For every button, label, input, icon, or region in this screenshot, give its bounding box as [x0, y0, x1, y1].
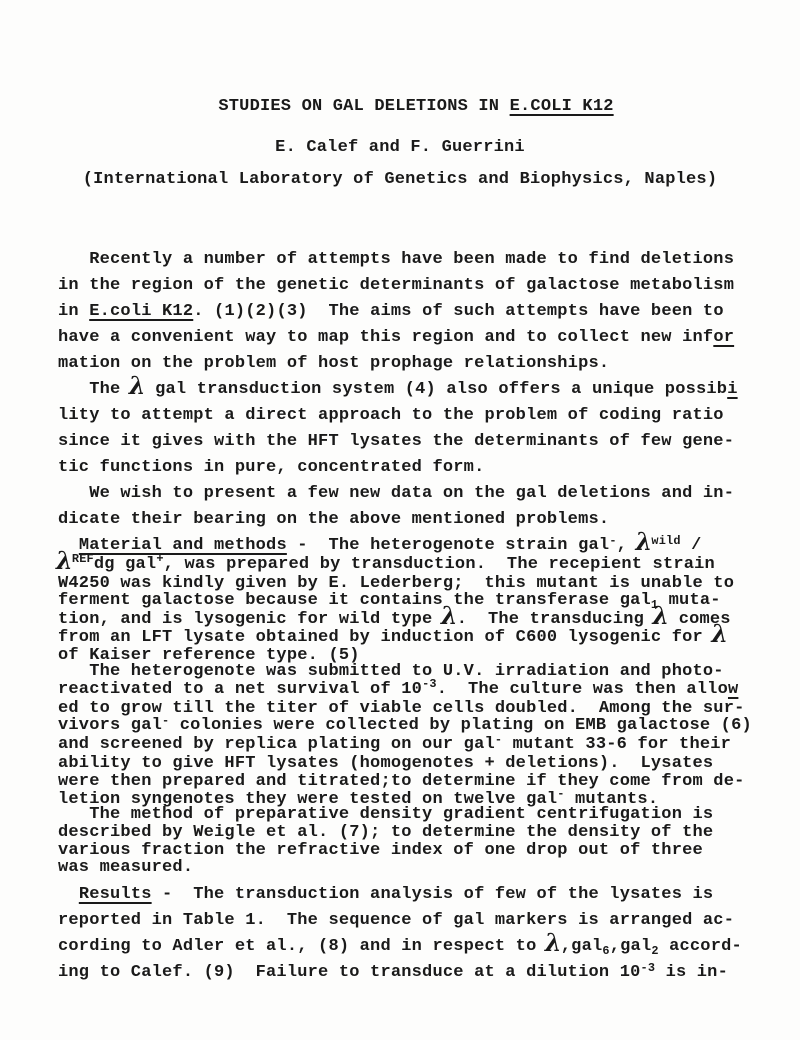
lambda-symbol: λ	[545, 929, 562, 957]
text-segment: -3	[422, 677, 437, 691]
text-segment: i	[727, 380, 737, 399]
paragraph-material-and-methods: Material and methods - The heterogenote …	[58, 537, 734, 665]
text-line: reported in Table 1. The sequence of gal…	[58, 908, 742, 934]
authors-line: E. Calef and F. Guerrini	[0, 135, 800, 161]
text-segment: ,	[610, 937, 620, 956]
lambda-symbol: λ	[711, 620, 728, 648]
lambda-symbol: λ	[129, 372, 146, 400]
text-segment: The	[58, 380, 131, 399]
text-segment: cording to Adler et al., (8) and in resp…	[58, 937, 547, 956]
text-segment: is in-	[655, 963, 728, 982]
text-line: We wish to present a few new data on the…	[58, 481, 738, 507]
text-line: and screened by replica plating on our g…	[58, 736, 752, 755]
text-line: W4250 was kindly given by E. Lederberg; …	[58, 575, 734, 593]
text-line: The method of preparative density gradie…	[58, 806, 713, 824]
text-line: reactivated to a net survival of 10-3. T…	[58, 681, 752, 700]
text-segment: STUDIES ON GAL DELETIONS IN	[218, 97, 509, 116]
text-segment: in	[58, 302, 89, 321]
text-line: from an LFT lysate obtained by induction…	[58, 629, 734, 647]
text-segment: The method of preparative density gradie…	[58, 805, 713, 824]
text-segment: Results	[79, 885, 152, 904]
text-line: STUDIES ON GAL DELETIONS IN E.COLI K12	[32, 95, 800, 119]
text-line: mation on the problem of host prophage r…	[58, 351, 738, 377]
document-page: STUDIES ON GAL DELETIONS IN E.COLI K12 E…	[0, 0, 800, 1040]
text-segment: from an LFT lysate obtained by induction…	[58, 628, 713, 647]
paragraph-results: Results - The transduction analysis of f…	[58, 882, 742, 986]
text-segment: 2	[651, 944, 658, 958]
text-line: was measured.	[58, 859, 713, 877]
text-segment: . The transducing	[457, 610, 655, 629]
text-segment: have a convenient way to map this region…	[58, 328, 713, 347]
text-segment: , was prepared by transduction. The rece…	[164, 555, 715, 574]
text-segment: described by Weigle et al. (7); to deter…	[58, 823, 713, 842]
text-segment: and screened by replica plating on our g…	[58, 735, 495, 754]
text-line: described by Weigle et al. (7); to deter…	[58, 824, 713, 842]
text-line: The heterogenote was submitted to U.V. i…	[58, 663, 752, 681]
text-line: in E.coli K12. (1)(2)(3) The aims of suc…	[58, 299, 738, 325]
lambda-symbol: λ	[441, 602, 458, 630]
text-segment: w	[728, 680, 738, 699]
text-segment: mation on the problem of host prophage r…	[58, 354, 609, 373]
text-segment: -3	[641, 961, 656, 975]
text-segment: mutant 33-6 for their	[502, 735, 731, 754]
text-line: λREFdg gal+, was prepared by transductio…	[58, 556, 734, 575]
text-segment: colonies were collected by plating on EM…	[169, 716, 752, 735]
text-segment: -	[495, 733, 502, 747]
text-segment: REF	[72, 552, 94, 566]
text-segment: The heterogenote was submitted to U.V. i…	[58, 662, 724, 681]
text-segment: lity to attempt a direct approach to the…	[58, 406, 724, 425]
lambda-symbol: λ	[652, 602, 669, 630]
text-line: in the region of the genetic determinant…	[58, 273, 738, 299]
text-line: ferment galactose because it contains th…	[58, 592, 734, 611]
text-line: Results - The transduction analysis of f…	[58, 882, 742, 908]
text-segment: /	[681, 536, 702, 555]
text-line: ing to Calef. (9) Failure to transduce a…	[58, 960, 742, 986]
text-line: were then prepared and titrated;to deter…	[58, 773, 752, 791]
text-line: The λ gal transduction system (4) also o…	[58, 377, 738, 403]
text-segment: was measured.	[58, 858, 193, 877]
text-line: have a convenient way to map this region…	[58, 325, 738, 351]
text-segment: tic functions in pure, concentrated form…	[58, 458, 484, 477]
text-segment: -	[557, 787, 564, 801]
text-segment: - The transduction analysis of few of th…	[152, 885, 714, 904]
text-segment: gal transduction system (4) also offers …	[145, 380, 728, 399]
text-segment: E.coli K12	[89, 302, 193, 321]
text-segment: -	[609, 534, 616, 548]
text-line: ability to give HFT lysates (homogenotes…	[58, 755, 752, 773]
text-segment: in the region of the genetic determinant…	[58, 276, 734, 295]
text-segment: or	[713, 328, 734, 347]
paragraph-heterogenote-procedure: The heterogenote was submitted to U.V. i…	[58, 663, 752, 809]
text-segment: since it gives with the HFT lysates the …	[58, 432, 734, 451]
text-segment: vivors gal	[58, 716, 162, 735]
text-segment: reported in Table 1. The sequence of gal…	[58, 911, 734, 930]
paper-title: STUDIES ON GAL DELETIONS IN E.COLI K12	[32, 95, 800, 119]
text-line: lity to attempt a direct approach to the…	[58, 403, 738, 429]
affiliation-line: (International Laboratory of Genetics an…	[0, 167, 800, 193]
text-segment: reactivated to a net survival of 10	[58, 680, 422, 699]
lambda-symbol: λ	[56, 547, 73, 575]
text-segment: wild	[651, 534, 680, 548]
text-segment: . (1)(2)(3) The aims of such attempts ha…	[193, 302, 724, 321]
text-line: Recently a number of attempts have been …	[58, 247, 738, 273]
text-segment: We wish to present a few new data on the…	[58, 484, 734, 503]
text-segment	[58, 885, 79, 904]
document-header: STUDIES ON GAL DELETIONS IN E.COLI K12 E…	[0, 95, 800, 193]
text-segment: Recently a number of attempts have been …	[58, 250, 734, 269]
text-segment: accord-	[659, 937, 742, 956]
text-segment: ferment galactose because it contains th…	[58, 591, 651, 610]
text-segment: Material and methods	[79, 536, 287, 555]
text-segment: gal	[620, 937, 651, 956]
text-segment: dicate their bearing on the above mentio…	[58, 510, 609, 529]
text-segment: ing to Calef. (9) Failure to transduce a…	[58, 963, 641, 982]
lambda-symbol: λ	[635, 528, 652, 556]
text-line: various fraction the refractive index of…	[58, 842, 713, 860]
text-segment: ed to grow till the titer of viable cell…	[58, 699, 745, 718]
text-line: since it gives with the HFT lysates the …	[58, 429, 738, 455]
text-segment: E.COLI K12	[510, 97, 614, 116]
paragraph-centrifugation-method: The method of preparative density gradie…	[58, 806, 713, 877]
text-segment: . The culture was then allo	[437, 680, 728, 699]
text-segment: W4250 was kindly given by E. Lederberg; …	[58, 574, 734, 593]
text-segment: dg gal	[94, 555, 156, 574]
text-line: tion, and is lysogenic for wild type λ. …	[58, 611, 734, 629]
paragraph-introduction: Recently a number of attempts have been …	[58, 247, 738, 533]
text-segment: ,gal	[561, 937, 603, 956]
text-segment: - The heterogenote strain gal	[287, 536, 609, 555]
text-segment: +	[156, 552, 163, 566]
text-segment: -	[162, 714, 169, 728]
text-line: tic functions in pure, concentrated form…	[58, 455, 738, 481]
text-segment: tion, and is lysogenic for wild type	[58, 610, 443, 629]
text-segment: were then prepared and titrated;to deter…	[58, 772, 745, 791]
text-line: cording to Adler et al., (8) and in resp…	[58, 934, 742, 960]
text-segment: 6	[602, 944, 609, 958]
text-line: vivors gal- colonies were collected by p…	[58, 717, 752, 736]
text-segment: various fraction the refractive index of…	[58, 841, 703, 860]
text-segment: ability to give HFT lysates (homogenotes…	[58, 754, 713, 773]
